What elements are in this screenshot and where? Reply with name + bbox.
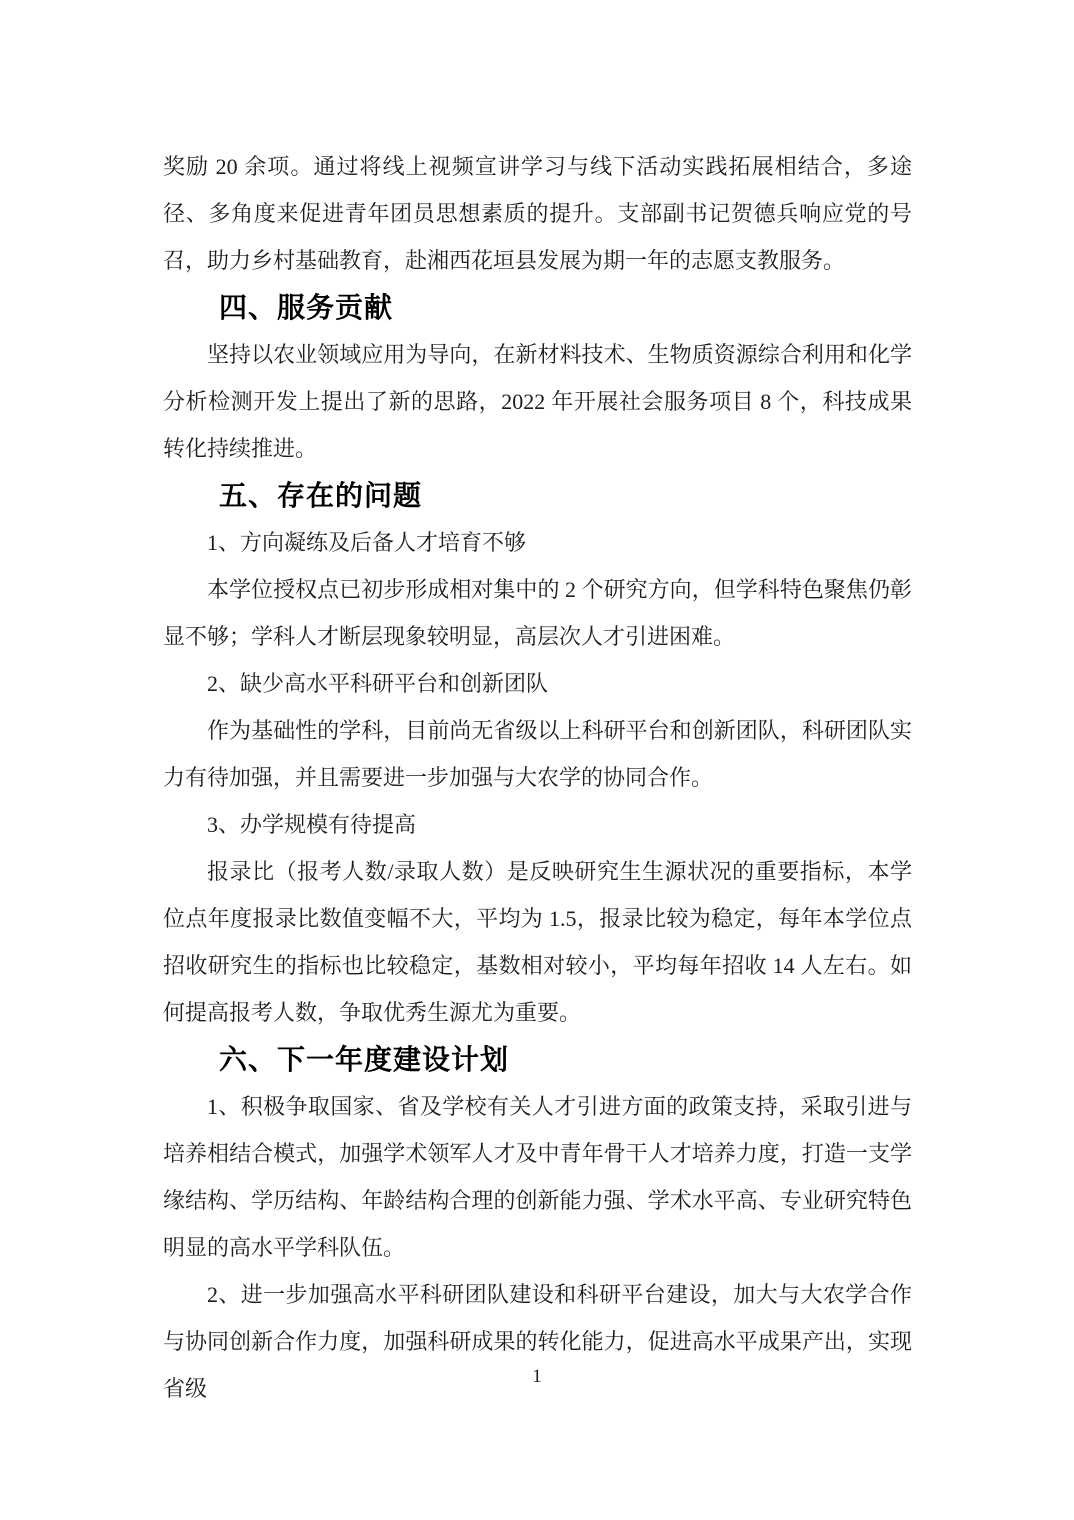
- problem-item-1-paragraph: 本学位授权点已初步形成相对集中的 2 个研究方向，但学科特色聚焦仍彰显不够；学科…: [163, 566, 912, 660]
- problem-item-3-title: 3、办学规模有待提高: [163, 801, 912, 848]
- document-content: 奖励 20 余项。通过将线上视频宣讲学习与线下活动实践拓展相结合，多途径、多角度…: [163, 143, 912, 1412]
- problem-item-2-title: 2、缺少高水平科研平台和创新团队: [163, 660, 912, 707]
- service-contribution-paragraph: 坚持以农业领域应用为导向，在新材料技术、生物质资源综合利用和化学分析检测开发上提…: [163, 331, 912, 472]
- page-number: 1: [0, 1362, 1074, 1392]
- intro-continuation-paragraph: 奖励 20 余项。通过将线上视频宣讲学习与线下活动实践拓展相结合，多途径、多角度…: [163, 143, 912, 284]
- problem-item-3-paragraph: 报录比（报考人数/录取人数）是反映研究生生源状况的重要指标，本学位点年度报录比数…: [163, 848, 912, 1036]
- problem-item-2-paragraph: 作为基础性的学科，目前尚无省级以上科研平台和创新团队，科研团队实力有待加强，并且…: [163, 707, 912, 801]
- section-heading-5-existing-problems: 五、存在的问题: [163, 472, 912, 519]
- plan-item-1-paragraph: 1、积极争取国家、省及学校有关人才引进方面的政策支持，采取引进与培养相结合模式，…: [163, 1083, 912, 1271]
- section-heading-4-service-contribution: 四、服务贡献: [163, 284, 912, 331]
- section-heading-6-next-year-plan: 六、下一年度建设计划: [163, 1036, 912, 1083]
- document-page: 奖励 20 余项。通过将线上视频宣讲学习与线下活动实践拓展相结合，多途径、多角度…: [0, 0, 1074, 1520]
- problem-item-1-title: 1、方向凝练及后备人才培育不够: [163, 519, 912, 566]
